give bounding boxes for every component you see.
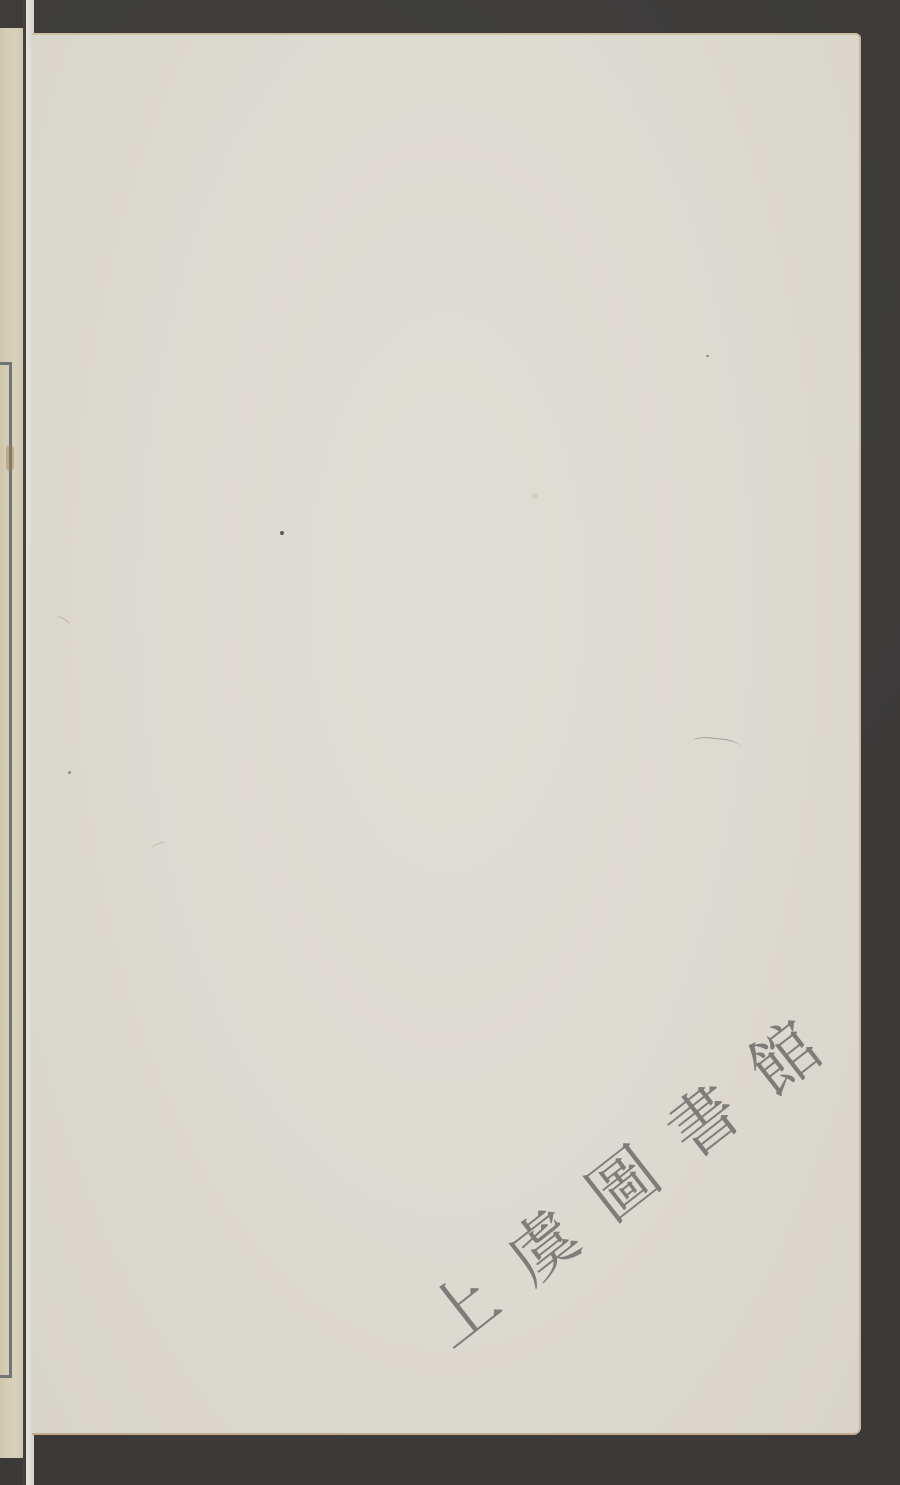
stamp-char-4: 書 xyxy=(657,1075,752,1170)
stamp-char-3: 圖 xyxy=(577,1138,672,1233)
stamp-char-5: 館 xyxy=(738,1012,833,1107)
paper-fiber-mark xyxy=(151,841,167,852)
binding-gutter-line xyxy=(23,0,25,1485)
library-ownership-stamp: 上 虞 圖 書 館 xyxy=(416,1012,833,1359)
previous-page-border-frame xyxy=(0,362,12,1378)
paper-fiber-mark xyxy=(53,615,71,631)
stamp-char-1: 上 xyxy=(416,1263,511,1358)
paper-speck xyxy=(68,771,71,774)
paper-speck xyxy=(706,355,709,357)
stamp-char-2: 虞 xyxy=(496,1201,591,1296)
paper-fiber-mark xyxy=(691,736,740,756)
paper-stain xyxy=(532,493,538,499)
blank-book-page: 上 虞 圖 書 館 xyxy=(32,33,861,1435)
paper-speck xyxy=(280,531,284,535)
previous-page-stain xyxy=(6,445,14,471)
